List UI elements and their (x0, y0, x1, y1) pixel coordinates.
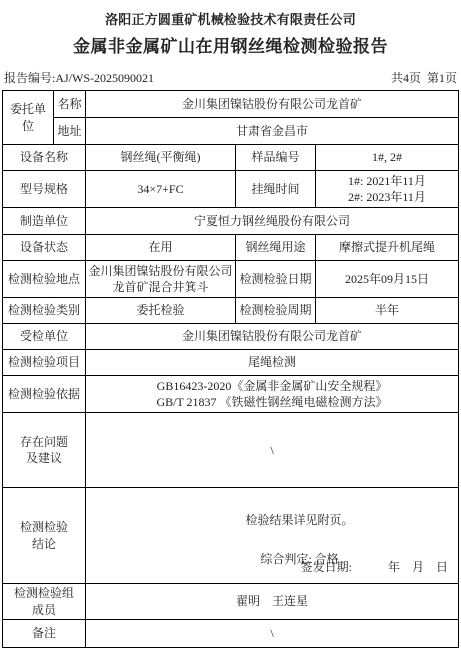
problems-label: 存在问题 及建议 (3, 413, 86, 488)
hang-time-value: 1#: 2021年11月 2#: 2023年11月 (316, 171, 459, 208)
client-address-label: 地址 (54, 118, 86, 145)
report-header: 洛阳正方圆重矿机械检验技术有限责任公司 金属非金属矿山在用钢丝绳检测检验报告 (0, 0, 461, 57)
device-name-label: 设备名称 (3, 145, 86, 171)
location-label: 检测检验地点 (3, 261, 86, 298)
location-value: 金川集团镍钴股份有限公司 龙首矿混合井箕斗 (86, 261, 236, 298)
cycle-value: 半年 (316, 298, 459, 324)
remark-label: 备注 (3, 620, 86, 648)
project-label: 检测检验项目 (3, 350, 86, 376)
table-row: 制造单位 宁夏恒力钢丝绳股份有限公司 (3, 208, 459, 235)
device-name-value: 钢丝绳(平衡绳) (86, 145, 236, 171)
table-row: 检测检验 结论 检验结果详见附页。 综合判定: 合格 签发日期: 年 月 日 (3, 488, 459, 584)
table-row: 检测检验地点 金川集团镍钴股份有限公司 龙首矿混合井箕斗 检测检验日期 2025… (3, 261, 459, 298)
table-row: 型号规格 34×7+FC 挂绳时间 1#: 2021年11月 2#: 2023年… (3, 171, 459, 208)
basis-value: GB16423-2020《金属非金属矿山安全规程》 GB/T 21837 《铁磁… (86, 376, 459, 413)
model-label: 型号规格 (3, 171, 86, 208)
remark-value: \ (86, 620, 459, 648)
members-value: 翟明 王连星 (86, 584, 459, 620)
sample-no-label: 样品编号 (236, 145, 316, 171)
project-value: 尾绳检测 (86, 350, 459, 376)
problems-value: \ (86, 413, 459, 488)
basis-label: 检测检验依据 (3, 376, 86, 413)
meta-line: 报告编号:AJ/WS-2025090021 共4页 第1页 (4, 69, 457, 86)
model-value: 34×7+FC (86, 171, 236, 208)
hang-time-label: 挂绳时间 (236, 171, 316, 208)
inspected-unit-label: 受检单位 (3, 324, 86, 350)
table-row: 存在问题 及建议 \ (3, 413, 459, 488)
sample-no-value: 1#, 2# (316, 145, 459, 171)
conclusion-sign-date-line: 签发日期: 年 月 日 (301, 559, 448, 575)
manufacturer-value: 宁夏恒力钢丝绳股份有限公司 (86, 208, 459, 235)
table-row: 委托单位 名称 金川集团镍钴股份有限公司龙首矿 (3, 91, 459, 118)
rope-use-value: 摩擦式提升机尾绳 (316, 235, 459, 261)
client-name-label: 名称 (54, 91, 86, 118)
cycle-label: 检测检验周期 (236, 298, 316, 324)
conclusion-label: 检测检验 结论 (3, 488, 86, 584)
members-label: 检测检验组 成员 (3, 584, 86, 620)
table-row: 检测检验组 成员 翟明 王连星 (3, 584, 459, 620)
inspection-date-value: 2025年09月15日 (316, 261, 459, 298)
manufacturer-label: 制造单位 (3, 208, 86, 235)
device-status-label: 设备状态 (3, 235, 86, 261)
page-indicator: 共4页 第1页 (391, 69, 457, 86)
table-row: 检测检验类别 委托检验 检测检验周期 半年 (3, 298, 459, 324)
company-title: 洛阳正方圆重矿机械检验技术有限责任公司 (0, 0, 461, 28)
rope-use-label: 钢丝绳用途 (236, 235, 316, 261)
device-status-value: 在用 (86, 235, 236, 261)
conclusion-result-line: 检验结果详见附页。 (143, 512, 456, 528)
inspection-date-label: 检测检验日期 (236, 261, 316, 298)
conclusion-value: 检验结果详见附页。 综合判定: 合格 签发日期: 年 月 日 (86, 488, 459, 584)
category-value: 委托检验 (86, 298, 236, 324)
report-number: 报告编号:AJ/WS-2025090021 (4, 69, 154, 86)
table-row: 地址 甘肃省金昌市 (3, 118, 459, 145)
table-row: 受检单位 金川集团镍钴股份有限公司龙首矿 (3, 324, 459, 350)
inspected-unit-value: 金川集团镍钴股份有限公司龙首矿 (86, 324, 459, 350)
table-row: 备注 \ (3, 620, 459, 648)
table-row: 设备名称 钢丝绳(平衡绳) 样品编号 1#, 2# (3, 145, 459, 171)
table-row: 设备状态 在用 钢丝绳用途 摩擦式提升机尾绳 (3, 235, 459, 261)
client-name-value: 金川集团镍钴股份有限公司龙首矿 (86, 91, 459, 118)
category-label: 检测检验类别 (3, 298, 86, 324)
table-row: 检测检验依据 GB16423-2020《金属非金属矿山安全规程》 GB/T 21… (3, 376, 459, 413)
client-unit-label: 委托单位 (3, 91, 54, 145)
client-address-value: 甘肃省金昌市 (86, 118, 459, 145)
page-title: 金属非金属矿山在用钢丝绳检测检验报告 (0, 32, 461, 57)
report-table: 委托单位 名称 金川集团镍钴股份有限公司龙首矿 地址 甘肃省金昌市 设备名称 钢… (2, 90, 459, 648)
table-row: 检测检验项目 尾绳检测 (3, 350, 459, 376)
